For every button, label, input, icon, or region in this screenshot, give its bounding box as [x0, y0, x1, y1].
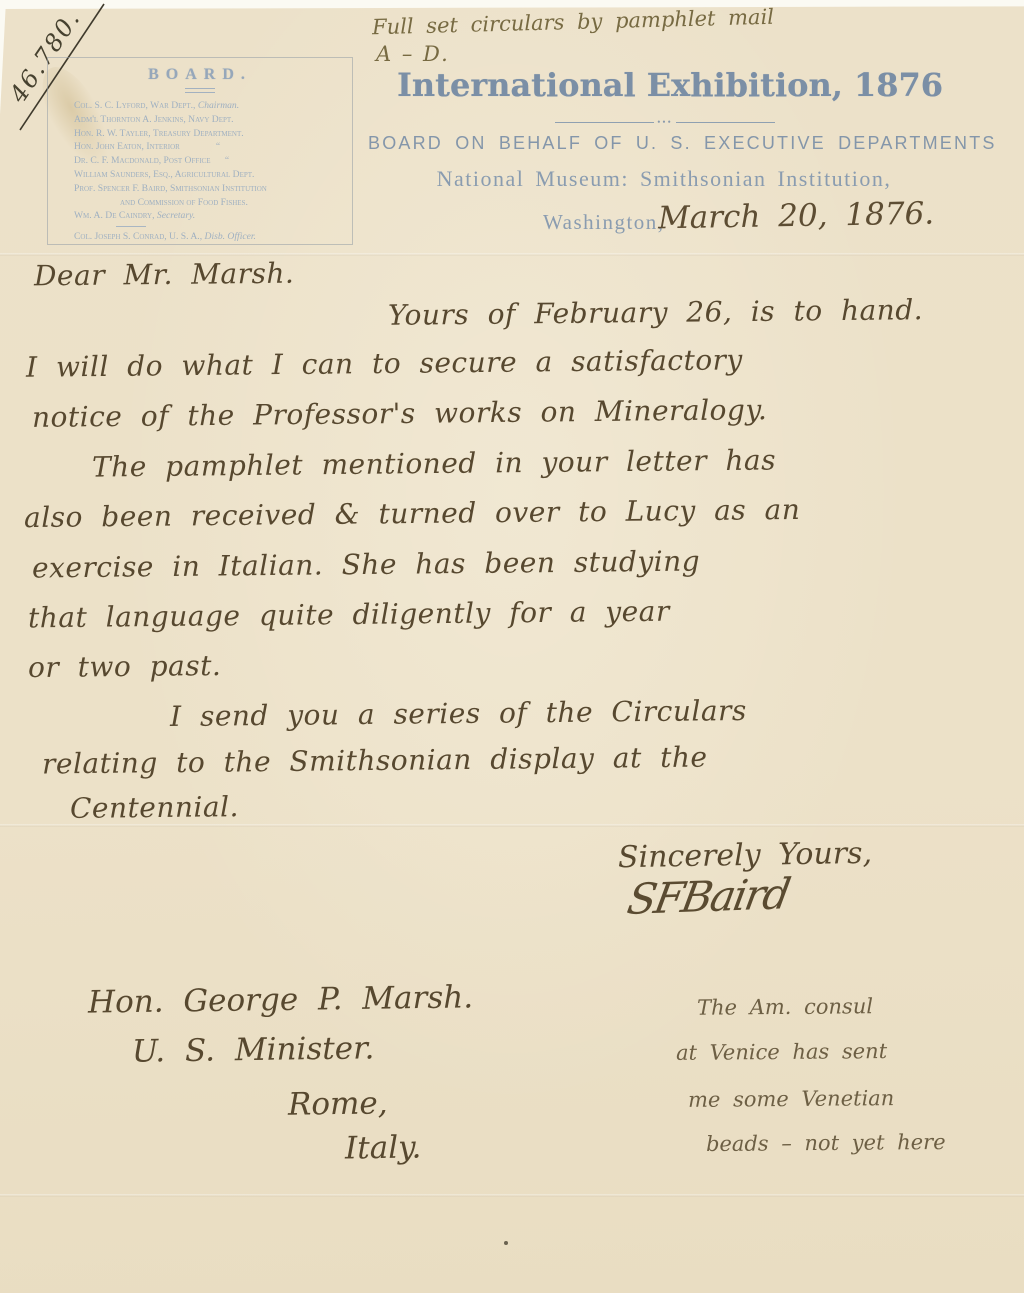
signature: SFBaird	[624, 869, 793, 924]
handwritten-date: March 20, 1876.	[658, 196, 935, 237]
letterhead-ornament-divider: •••	[555, 119, 775, 125]
board-member: Adm'l Thornton A. Jenkins, Navy Dept.	[74, 113, 352, 127]
ink-dot	[504, 1241, 508, 1245]
letterhead-title: International Exhibition, 1876	[380, 66, 960, 104]
side-note-line: me some Venetian	[688, 1086, 894, 1112]
recipient-name: Hon. George P. Marsh.	[88, 979, 474, 1020]
ornament-dots-icon: •••	[654, 119, 675, 125]
letterhead-board-line: BOARD ON BEHALF OF U. S. EXECUTIVE DEPAR…	[368, 133, 960, 154]
body-line: or two past.	[28, 649, 222, 684]
board-member: Col. S. C. Lyford, War Dept., Chairman.	[74, 99, 352, 113]
side-note-line: The Am. consul	[697, 994, 873, 1020]
board-member: Hon. R. W. Tayler, Treasury Department.	[74, 127, 352, 141]
recipient-city: Rome,	[288, 1085, 388, 1122]
body-line: The pamphlet mentioned in your letter ha…	[92, 443, 776, 483]
salutation: Dear Mr. Marsh.	[34, 257, 295, 293]
board-member: William Saunders, Esq., Agricultural Dep…	[74, 168, 352, 182]
body-line: I will do what I can to secure a satisfa…	[26, 343, 743, 384]
side-note-line: beads – not yet here	[706, 1130, 946, 1156]
board-ornament-rule	[185, 88, 215, 93]
letterhead-place: Washington,	[543, 210, 665, 235]
board-member: Hon. John Eaton, Interior “	[74, 140, 352, 154]
body-line: I send you a series of the Circulars	[170, 694, 747, 733]
board-separator-rule	[116, 226, 146, 227]
recipient-title: U. S. Minister.	[132, 1030, 375, 1069]
board-member: Col. Joseph S. Conrad, U. S. A., Disb. O…	[74, 230, 352, 244]
side-note-line: at Venice has sent	[676, 1039, 887, 1065]
closing: Sincerely Yours,	[618, 836, 873, 875]
body-line: that language quite diligently for a yea…	[28, 595, 670, 635]
board-member-list: Col. S. C. Lyford, War Dept., Chairman. …	[48, 99, 352, 244]
body-line: also been received & turned over to Lucy…	[24, 493, 801, 534]
board-box: BOARD. Col. S. C. Lyford, War Dept., Cha…	[47, 57, 353, 245]
board-member-continued: and Commission of Food Fishes.	[74, 196, 352, 210]
top-annotation-line2: A – D.	[376, 42, 450, 66]
letter-page: 46.780. Full set circulars by pamphlet m…	[0, 0, 1024, 1293]
letterhead-museum-line: National Museum: Smithsonian Institution…	[368, 166, 960, 192]
body-line: Centennial.	[70, 790, 239, 825]
fold-crease	[0, 253, 1024, 256]
top-annotation-line1: Full set circulars by pamphlet mail	[372, 5, 775, 40]
board-member: Wm. A. De Caindry, Secretary.	[74, 209, 352, 223]
body-line: notice of the Professor's works on Miner…	[32, 393, 768, 434]
body-line: exercise in Italian. She has been studyi…	[32, 545, 700, 585]
recipient-country: Italy.	[345, 1129, 422, 1166]
board-member: Dr. C. F. Macdonald, Post Office “	[74, 154, 352, 168]
board-member: Prof. Spencer F. Baird, Smithsonian Inst…	[74, 182, 352, 196]
board-heading: BOARD.	[48, 66, 352, 84]
body-line: Yours of February 26, is to hand.	[388, 293, 923, 332]
body-line: relating to the Smithsonian display at t…	[42, 741, 708, 781]
fold-crease	[0, 1194, 1024, 1197]
fold-crease	[0, 824, 1024, 827]
